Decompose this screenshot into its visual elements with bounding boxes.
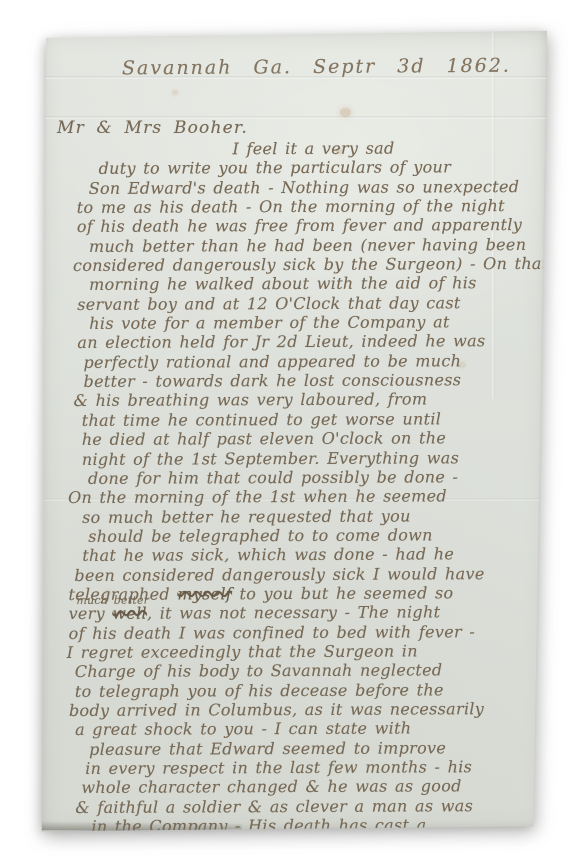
letter-line: he died at half past eleven O'clock on t… xyxy=(56,428,534,449)
letter-line: considered dangerously sick by the Surge… xyxy=(55,254,533,275)
letter-line: servant boy and at 12 O'Clock that day c… xyxy=(55,293,533,314)
letter-line: to me as his death - On the morning of t… xyxy=(55,196,533,217)
letter-line: Charge of his body to Savannah neglected xyxy=(57,660,535,681)
letter-line: I regret exceedingly that the Surgeon in xyxy=(57,641,535,662)
letter-dateline: Savannah Ga. Septr 3d 1862. xyxy=(122,55,511,80)
letter-line: better - towards dark he lost consciousn… xyxy=(55,370,533,391)
letter-line: done for him that could possibly be done… xyxy=(56,467,534,488)
letter-line: pleasure that Edward seemed to improve xyxy=(57,738,535,759)
letter-line: been considered dangerously sick I would… xyxy=(56,564,534,585)
stain-spot xyxy=(340,108,351,117)
inserted-correction: much better xyxy=(76,595,149,606)
letter-line: of his death he was free from fever and … xyxy=(55,215,533,236)
letter-salutation: Mr & Mrs Booher. xyxy=(57,118,248,138)
struck-word: myself xyxy=(177,584,232,603)
letter-line: whole character changed & he was as good xyxy=(57,776,535,797)
letter-line: that time he continued to get worse unti… xyxy=(56,409,534,430)
letter-line: much better than he had been (never havi… xyxy=(55,235,533,256)
letter-line: I feel it a very sad xyxy=(54,138,532,159)
letter-line: body arrived in Columbus, as it was nece… xyxy=(57,699,535,720)
letter-paper: Savannah Ga. Septr 3d 1862. Mr & Mrs Boo… xyxy=(40,30,548,832)
letter-line: night of the 1st September. Everything w… xyxy=(56,447,534,468)
letter-line: in the Company - His death has cast a xyxy=(57,815,535,836)
letter-line: should be telegraphed to to come down xyxy=(56,525,534,546)
paper-sheet-wrapper: Savannah Ga. Septr 3d 1862. Mr & Mrs Boo… xyxy=(40,30,548,832)
letter-line: duty to write you the particulars of you… xyxy=(55,157,533,178)
letter-line: Son Edward's death - Nothing was so unex… xyxy=(55,177,533,198)
letter-line: & his breathing was very laboured, from xyxy=(56,389,534,410)
letter-line: morning he walked about with the aid of … xyxy=(55,273,533,294)
letter-line: On the morning of the 1st when he seemed xyxy=(56,486,534,507)
letter-line: & faithful a soldier & as clever a man a… xyxy=(57,796,535,817)
letter-line: that he was sick, which was done - had h… xyxy=(56,544,534,565)
letter-line: an election held for Jr 2d Lieut, indeed… xyxy=(55,331,533,352)
letter-line: a great shock to you - I can state with xyxy=(57,718,535,739)
line-text: very xyxy=(69,604,113,623)
letter-line: perfectly rational and appeared to be mu… xyxy=(55,351,533,372)
letter-line: so much better he requested that you xyxy=(56,505,534,526)
letter-line: his vote for a member of the Company at xyxy=(55,312,533,333)
letter-line: much bettervery well, it was not necessa… xyxy=(57,602,535,623)
letter-line: in every respect in the last few months … xyxy=(57,757,535,778)
line-text: , it was not necessary - The night xyxy=(147,603,440,623)
line-text: to you but he seemed so xyxy=(232,583,453,603)
letter-line: to telegraph you of his decease before t… xyxy=(57,680,535,701)
letter-photograph: Savannah Ga. Septr 3d 1862. Mr & Mrs Boo… xyxy=(0,0,580,862)
letter-line: of his death I was confined to bed with … xyxy=(57,622,535,643)
letter-body: I feel it a very sad duty to write you t… xyxy=(54,138,535,836)
stain-spot xyxy=(172,90,178,95)
